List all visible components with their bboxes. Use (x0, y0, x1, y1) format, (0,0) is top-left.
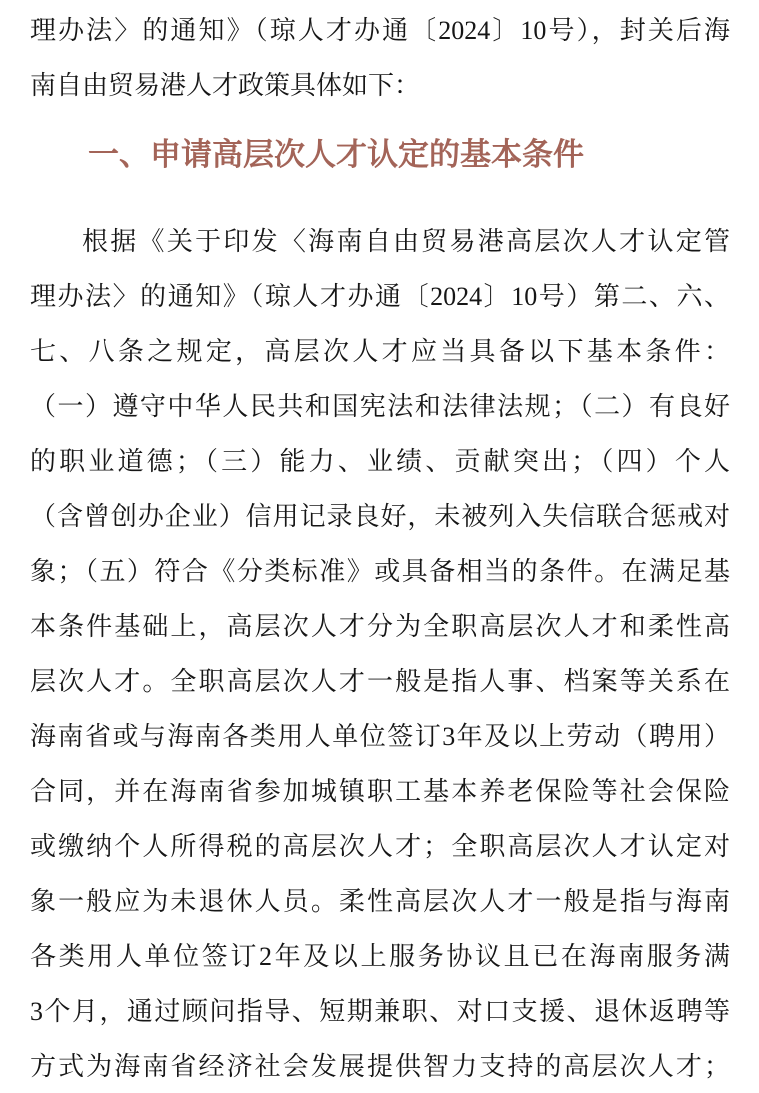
text-line: 南自由贸易港人才政策具体如下： (30, 58, 730, 113)
text-line: （一）遵守中华人民共和国宪法和法律法规；（二）有良好 (30, 379, 730, 434)
text-line: 理办法〉的通知》（琼人才办通〔2024〕10号）第二、六、 (30, 269, 730, 324)
text-line: 合同，并在海南省参加城镇职工基本养老保险等社会保险 (30, 764, 730, 819)
section-heading: 一、申请高层次人才认定的基本条件 (88, 127, 730, 182)
text-line: 理办法〉的通知》（琼人才办通〔2024〕10号），封关后海 (30, 3, 730, 58)
text-line: 各类用人单位签订2年及以上服务协议且已在海南服务满 (30, 929, 730, 984)
text-line: 或缴纳个人所得税的高层次人才；全职高层次人才认定对 (30, 819, 730, 874)
text-line: 象；（五）符合《分类标准》或具备相当的条件。在满足基 (30, 544, 730, 599)
text-line: 本条件基础上，高层次人才分为全职高层次人才和柔性高 (30, 599, 730, 654)
text-line: 象一般应为未退休人员。柔性高层次人才一般是指与海南 (30, 874, 730, 929)
text-line: 七、八条之规定，高层次人才应当具备以下基本条件： (30, 324, 730, 379)
text-line: 根据《关于印发〈海南自由贸易港高层次人才认定管 (30, 214, 730, 269)
document-page: 理办法〉的通知》（琼人才办通〔2024〕10号），封关后海 南自由贸易港人才政策… (0, 0, 759, 1093)
intro-paragraph: 理办法〉的通知》（琼人才办通〔2024〕10号），封关后海 南自由贸易港人才政策… (30, 3, 730, 113)
text-line: 3个月，通过顾问指导、短期兼职、对口支援、退休返聘等 (30, 984, 730, 1039)
text-line: 的职业道德；（三）能力、业绩、贡献突出；（四）个人 (30, 434, 730, 489)
text-line: 方式为海南省经济社会发展提供智力支持的高层次人才； (30, 1039, 730, 1093)
text-line: 海南省或与海南各类用人单位签订3年及以上劳动（聘用） (30, 709, 730, 764)
text-line: （含曾创办企业）信用记录良好，未被列入失信联合惩戒对 (30, 489, 730, 544)
text-line: 层次人才。全职高层次人才一般是指人事、档案等关系在 (30, 654, 730, 709)
body-paragraph: 根据《关于印发〈海南自由贸易港高层次人才认定管 理办法〉的通知》（琼人才办通〔2… (30, 214, 730, 1093)
